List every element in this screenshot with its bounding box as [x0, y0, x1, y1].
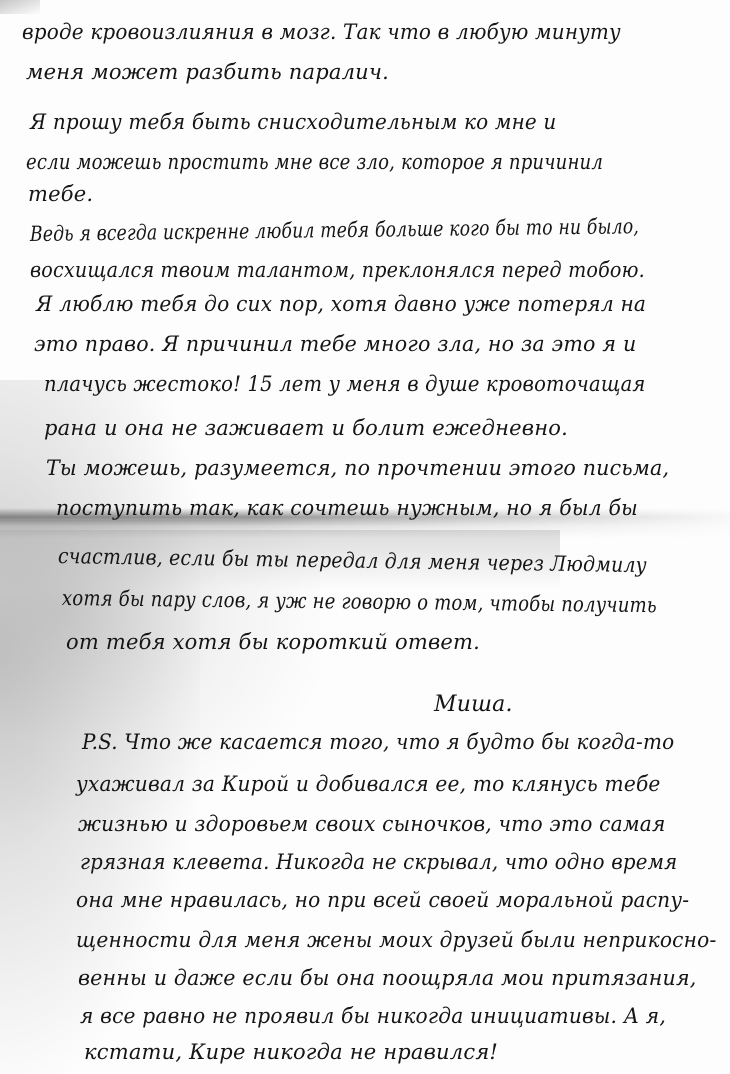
postscript-line: P.S. Что же касается того, что я будто б… — [82, 730, 674, 754]
letter-line: Я прошу тебя быть снисходительным ко мне… — [30, 110, 556, 134]
postscript-line: грязная клевета. Никогда не скрывал, что… — [80, 850, 677, 874]
postscript-line: щенности для меня жены моих друзей были … — [76, 928, 716, 952]
postscript-line: я все равно не проявил бы никогда инициа… — [80, 1004, 666, 1028]
letter-line: если можешь простить мне все зло, которо… — [26, 150, 603, 174]
letter-line: меня может разбить паралич. — [26, 60, 389, 84]
letter-line: поступить так, как сочтешь нужным, но я … — [56, 496, 638, 520]
scan-noise — [0, 0, 40, 14]
letter-line: плачусь жестоко! 15 лет у меня в душе кр… — [44, 372, 646, 396]
postscript-line: венны и даже если бы она поощряла мои пр… — [78, 966, 697, 990]
signature: Миша. — [434, 692, 513, 717]
letter-line: вроде кровоизлияния в мозг. Так что в лю… — [22, 20, 621, 44]
letter-line: Ведь я всегда искренне любил тебя больше… — [30, 214, 639, 246]
letter-page: вроде кровоизлияния в мозг. Так что в лю… — [0, 0, 730, 1074]
postscript-line: кстати, Кире никогда не нравился! — [84, 1040, 498, 1064]
letter-line: Я люблю тебя до сих пор, хотя давно уже … — [36, 292, 646, 316]
postscript-line: ухаживал за Кирой и добивался ее, то кля… — [76, 772, 661, 796]
letter-line: тебе. — [28, 182, 93, 206]
letter-line: Ты можешь, разумеется, по прочтении этог… — [46, 456, 669, 480]
postscript-line: она мне нравилась, но при всей своей мор… — [76, 888, 689, 912]
letter-line: рана и она не заживает и болит ежедневно… — [44, 416, 568, 440]
letter-line: от тебя хотя бы короткий ответ. — [66, 630, 480, 654]
letter-line: восхищался твоим талантом, преклонялся п… — [30, 258, 645, 282]
postscript-line: жизнью и здоровьем своих сыночков, что э… — [78, 812, 666, 836]
letter-line: это право. Я причинил тебе много зла, но… — [34, 332, 636, 356]
